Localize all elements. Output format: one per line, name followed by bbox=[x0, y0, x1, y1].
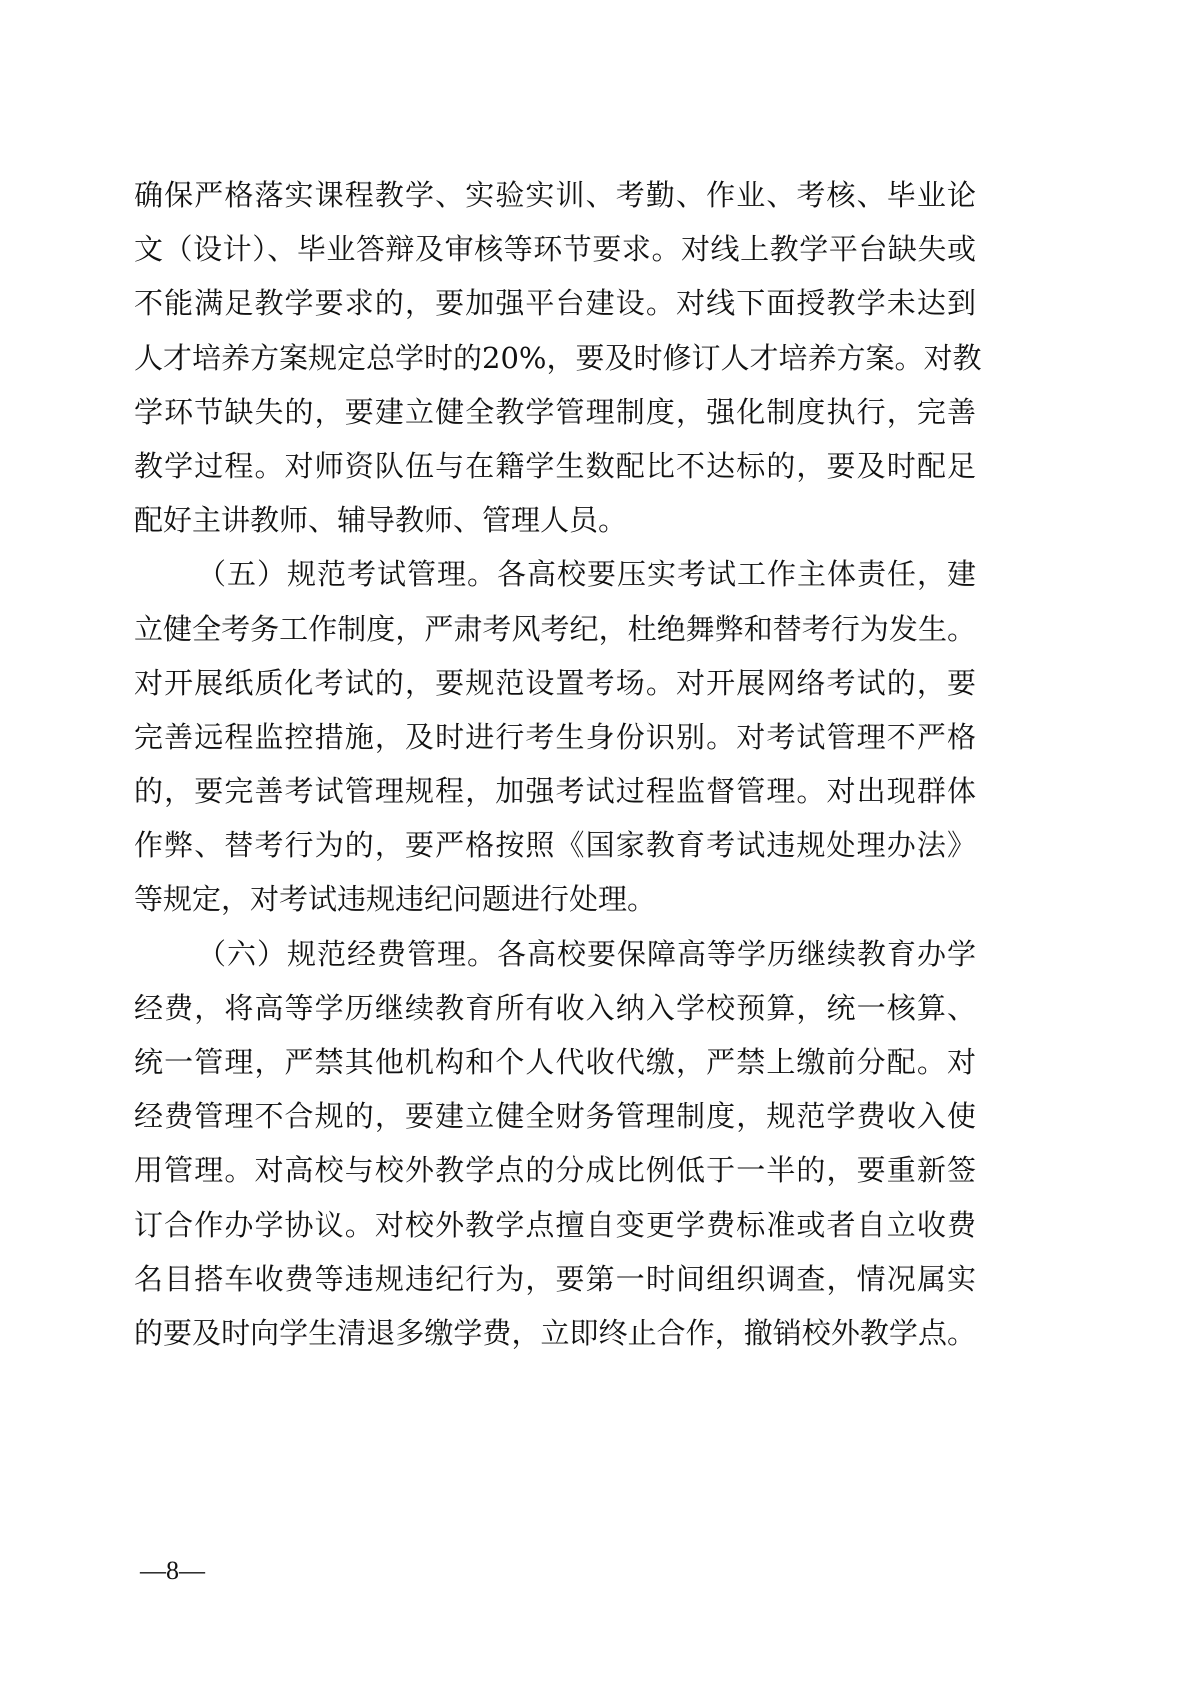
text-line: 的，要完善考试管理规程，加强考试过程监督管理。对出现群体 bbox=[134, 764, 976, 818]
text-line: 作弊、替考行为的，要严格按照《国家教育考试违规处理办法》 bbox=[134, 818, 976, 872]
text-line: 名目搭车收费等违规违纪行为，要第一时间组织调查，情况属实 bbox=[134, 1252, 976, 1306]
text-line: 配好主讲教师、辅导教师、管理人员。 bbox=[134, 493, 976, 547]
text-line: 对开展纸质化考试的，要规范设置考场。对开展网络考试的，要 bbox=[134, 656, 976, 710]
text-line: （六）规范经费管理。各高校要保障高等学历继续教育办学 bbox=[134, 927, 976, 981]
text-line: 学环节缺失的，要建立健全教学管理制度，强化制度执行，完善 bbox=[134, 385, 976, 439]
paragraph-exam-management: （五）规范考试管理。各高校要压实考试工作主体责任，建 立健全考务工作制度，严肃考… bbox=[134, 547, 976, 926]
text-line: 教学过程。对师资队伍与在籍学生数配比不达标的，要及时配足 bbox=[134, 439, 976, 493]
page-number: —8— bbox=[140, 1553, 205, 1589]
text-line: 立健全考务工作制度，严肃考风考纪，杜绝舞弊和替考行为发生。 bbox=[134, 602, 976, 656]
body-text: 确保严格落实课程教学、实验实训、考勤、作业、考核、毕业论 文（设计）、毕业答辩及… bbox=[134, 168, 976, 1360]
text-line: 确保严格落实课程教学、实验实训、考勤、作业、考核、毕业论 bbox=[134, 168, 976, 222]
text-line: 人才培养方案规定总学时的20%，要及时修订人才培养方案。对教 bbox=[134, 331, 976, 385]
text-line: （五）规范考试管理。各高校要压实考试工作主体责任，建 bbox=[134, 547, 976, 601]
text-line: 经费管理不合规的，要建立健全财务管理制度，规范学费收入使 bbox=[134, 1089, 976, 1143]
text-line: 经费，将高等学历继续教育所有收入纳入学校预算，统一核算、 bbox=[134, 981, 976, 1035]
text-line: 完善远程监控措施，及时进行考生身份识别。对考试管理不严格 bbox=[134, 710, 976, 764]
text-line: 订合作办学协议。对校外教学点擅自变更学费标准或者自立收费 bbox=[134, 1198, 976, 1252]
paragraph-teaching-requirements: 确保严格落实课程教学、实验实训、考勤、作业、考核、毕业论 文（设计）、毕业答辩及… bbox=[134, 168, 976, 547]
text-line: 的要及时向学生清退多缴学费，立即终止合作，撤销校外教学点。 bbox=[134, 1306, 976, 1360]
text-line: 统一管理，严禁其他机构和个人代收代缴，严禁上缴前分配。对 bbox=[134, 1035, 976, 1089]
text-line: 用管理。对高校与校外教学点的分成比例低于一半的，要重新签 bbox=[134, 1143, 976, 1197]
text-line: 文（设计）、毕业答辩及审核等环节要求。对线上教学平台缺失或 bbox=[134, 222, 976, 276]
text-line: 不能满足教学要求的，要加强平台建设。对线下面授教学未达到 bbox=[134, 276, 976, 330]
paragraph-funding-management: （六）规范经费管理。各高校要保障高等学历继续教育办学 经费，将高等学历继续教育所… bbox=[134, 927, 976, 1361]
document-page: 确保严格落实课程教学、实验实训、考勤、作业、考核、毕业论 文（设计）、毕业答辩及… bbox=[0, 0, 1191, 1684]
text-line: 等规定，对考试违规违纪问题进行处理。 bbox=[134, 872, 976, 926]
